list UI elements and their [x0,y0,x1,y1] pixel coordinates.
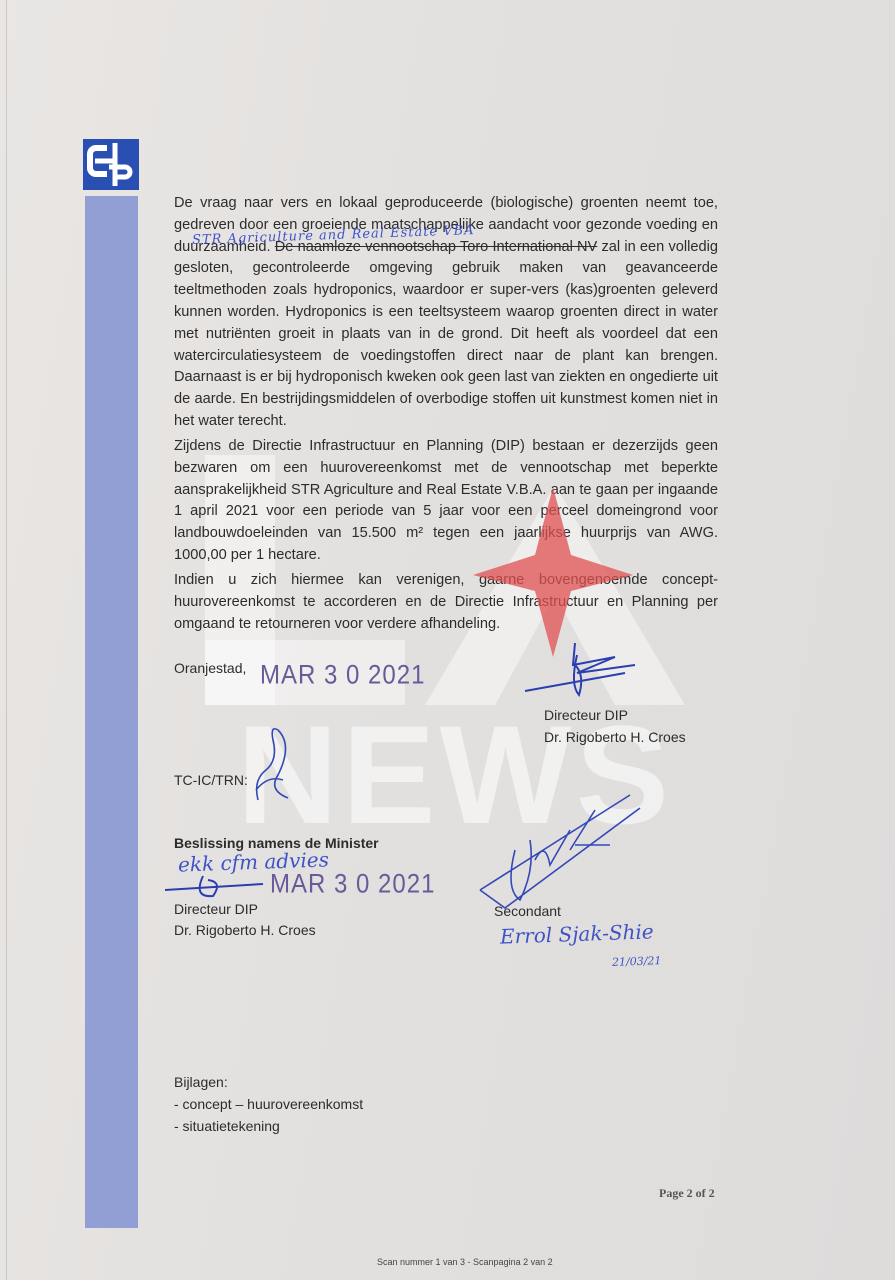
watermark-text: NEWS [195,705,715,845]
date-stamp-2: MAR 3 0 2021 [270,870,435,901]
page-edge [6,0,7,1280]
signature-secondant [475,790,645,915]
signatory-3-title: Secondant [494,901,561,922]
intro-rest: zal in een volledig gesloten, gecontrole… [174,239,718,429]
signatory-2-name: Dr. Rigoberto H. Croes [174,920,316,941]
secondant-handwritten-name: Errol Sjak-Shie [500,919,654,948]
attachment-item: - concept – huurovereenkomst [174,1094,363,1115]
date-stamp-1: MAR 3 0 2021 [260,661,425,692]
signature-director-1 [515,635,640,700]
page-number: Page 2 of 2 [659,1186,715,1201]
gp-logo-icon [83,139,139,190]
paragraph-request: Indien u zich hiermee kan verenigen, gaa… [174,570,718,635]
attachments-heading: Bijlagen: [174,1072,228,1093]
signatory-2-title: Directeur DIP [174,899,258,920]
attachment-item: - situatietekening [174,1116,280,1137]
secondant-handwritten-date: 21/03/21 [612,954,662,969]
signatory-1-title: Directeur DIP [544,705,628,726]
signatory-1-name: Dr. Rigoberto H. Croes [544,727,686,748]
place-label: Oranjestad, [174,658,246,679]
scan-footer: Scan nummer 1 van 3 - Scanpagina 2 van 2 [377,1257,553,1267]
initials-label: TC-IC/TRN: [174,770,248,791]
side-color-bar [85,196,138,1228]
initials-signature [248,720,298,805]
paragraph-lease: Zijdens de Directie Infrastructuur en Pl… [174,436,718,567]
